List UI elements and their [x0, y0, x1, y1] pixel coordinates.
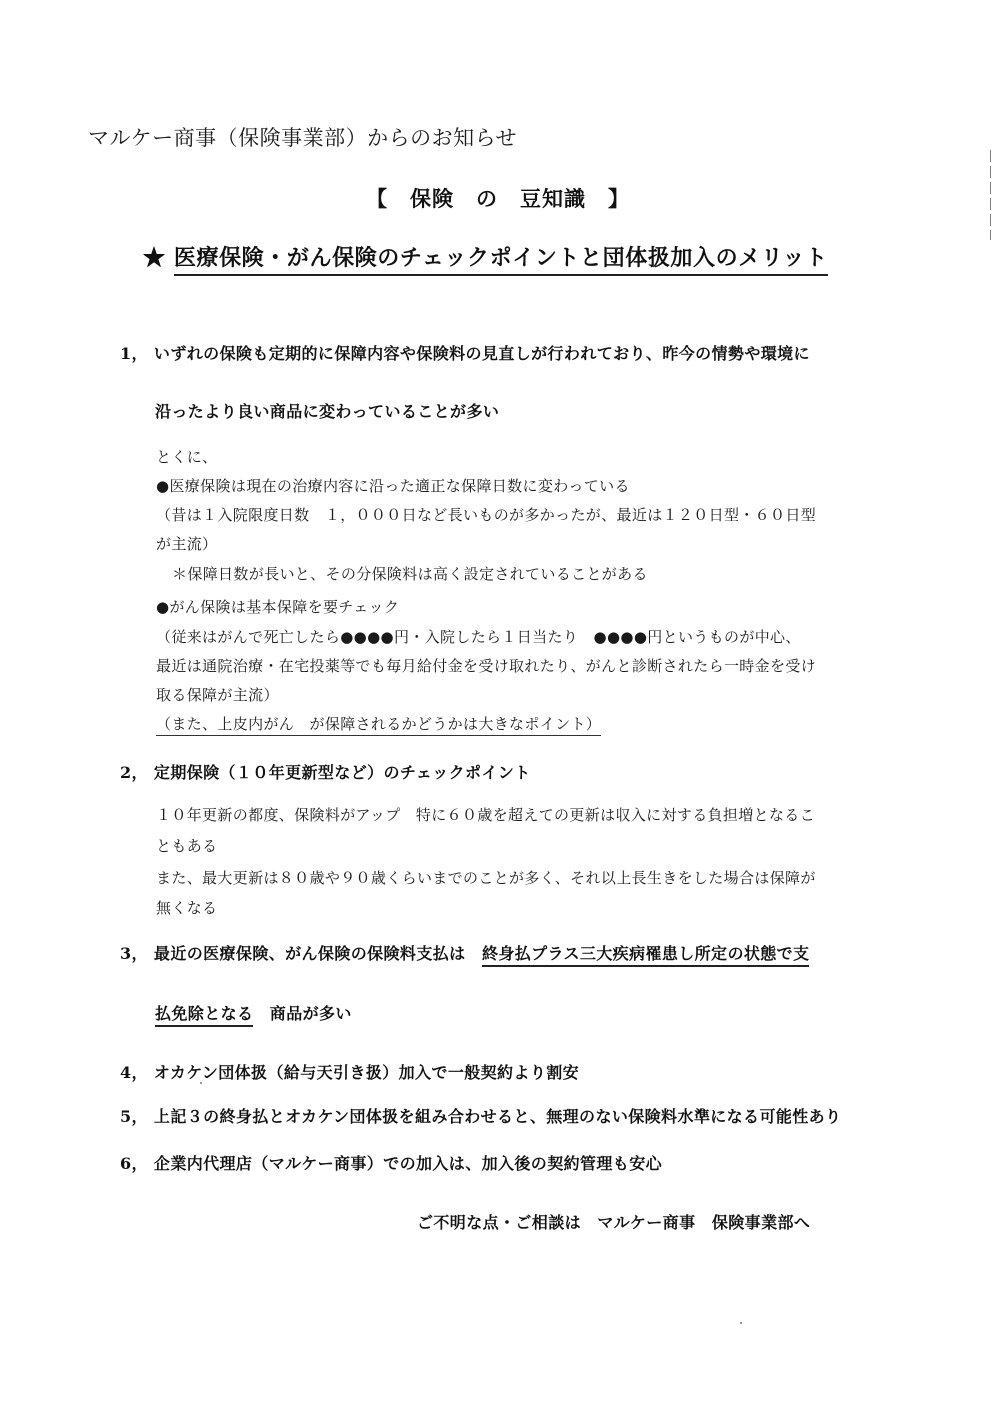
item-4: 4， オカケン団体扱（給与天引き扱）加入で一般契約より割安 [120, 1060, 579, 1083]
body-line: （昔は１入院限度日数 １，０００日など長いものが多かったが、最近は１２０日型・６… [156, 504, 816, 525]
item-number: 1， [120, 344, 148, 363]
main-title: ★ 医療保険・がん保険のチェックポイントと団体扱加入のメリット [143, 241, 828, 272]
notice-header: マルケー商事（保険事業部）からのお知らせ [88, 122, 517, 152]
item-heading-underlined: 払免除となる [155, 1004, 253, 1027]
item-heading: 企業内代理店（マルケー商事）での加入は、加入後の契約管理も安心 [154, 1154, 662, 1173]
item-heading-underlined: 終身払プラス三大疾病罹患し所定の状態で支 [482, 944, 810, 967]
item-heading-suffix: 商品が多い [253, 1004, 351, 1023]
item-number: 2， [120, 763, 148, 782]
body-line: ●がん保険は基本保障を要チェック [156, 596, 399, 617]
scan-speck [740, 1322, 742, 1324]
item-heading: 定期保険（１０年更新型など）のチェックポイント [154, 763, 531, 782]
item-2-heading: 2， 定期保険（１０年更新型など）のチェックポイント [120, 760, 531, 783]
contact-footer: ご不明な点・ご相談は マルケー商事 保険事業部へ [417, 1210, 810, 1233]
item-number: 6， [120, 1154, 148, 1173]
body-line-underlined: （また、上皮内がん が保障されるかどうかは大きなポイント） [156, 713, 601, 734]
body-line: が主流） [156, 533, 217, 554]
body-line: （従来はがんで死亡したら●●●●円・入院したら１日当たり ●●●●円というものが… [156, 626, 801, 647]
item-heading-prefix: 最近の医療保険、がん保険の保険料支払は [154, 944, 482, 963]
item-heading: いずれの保険も定期的に保障内容や保険料の見直しが行われており、昨今の情勢や環境に [154, 344, 810, 363]
main-title-text: 医療保険・がん保険のチェックポイントと団体扱加入のメリット [174, 245, 828, 276]
body-line: 最近は通院治療・在宅投薬等でも毎月給付金を受け取れたり、がんと診断されたら一時金… [156, 655, 816, 676]
body-line: ●医療保険は現在の治療内容に沿った適正な保障日数に変わっている [156, 475, 630, 496]
item-3-line2: 払免除となる 商品が多い [155, 1001, 352, 1024]
item-number: 3， [120, 944, 148, 963]
scan-speck [200, 1082, 202, 1084]
item-6: 6， 企業内代理店（マルケー商事）での加入は、加入後の契約管理も安心 [120, 1151, 662, 1174]
item-3-line1: 3， 最近の医療保険、がん保険の保険料支払は 終身払プラス三大疾病罹患し所定の状… [120, 941, 809, 964]
body-line: とくに、 [156, 446, 217, 467]
knowledge-title: 【 保険 の 豆知識 】 [366, 183, 630, 213]
item-5: 5， 上記３の終身払とオカケン団体扱を組み合わせると、無理のない保険料水準になる… [120, 1104, 841, 1127]
item-heading: 上記３の終身払とオカケン団体扱を組み合わせると、無理のない保険料水準になる可能性… [154, 1107, 842, 1126]
star-icon: ★ [143, 245, 166, 271]
item-number: 5， [120, 1107, 148, 1126]
body-line: 取る保障が主流） [156, 684, 279, 705]
body-line: ＊保障日数が長いと、その分保険料は高く設定されていることがある [172, 563, 648, 584]
body-line: 無くなる [156, 897, 217, 918]
body-line: １０年更新の都度、保険料がアップ 特に６０歳を超えての更新は収入に対する負担増と… [156, 804, 815, 825]
item-1-line1: 1， いずれの保険も定期的に保障内容や保険料の見直しが行われており、昨今の情勢や… [120, 341, 810, 364]
item-heading: オカケン団体扱（給与天引き扱）加入で一般契約より割安 [154, 1063, 579, 1082]
body-line: また、最大更新は８０歳や９０歳くらいまでのことが多く、それ以上長生きをした場合は… [156, 867, 816, 888]
item-number: 4， [120, 1063, 148, 1082]
body-line: ともある [156, 835, 217, 856]
item-1-line2: 沿ったより良い商品に変わっていることが多い [155, 399, 499, 422]
scan-edge-line [990, 150, 991, 240]
